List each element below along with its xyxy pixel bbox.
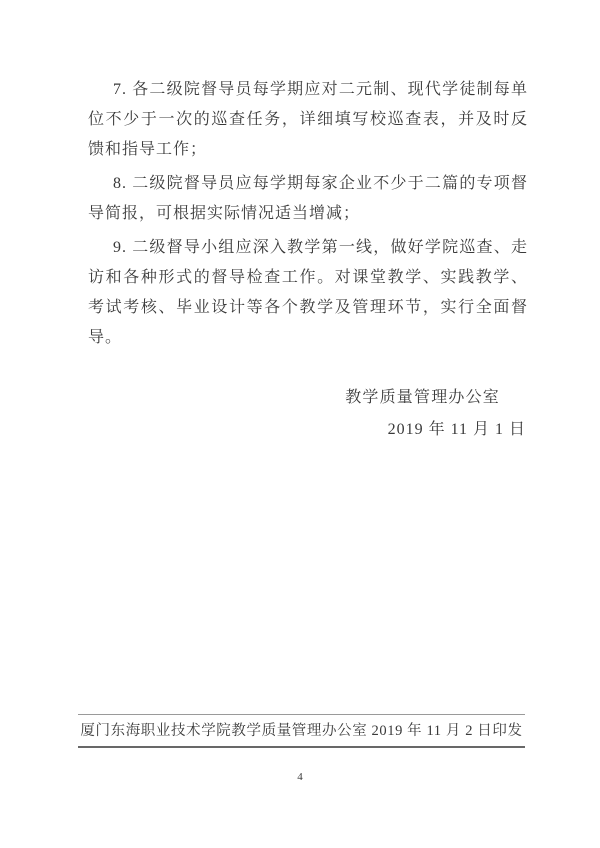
paragraph-item-7: 7. 各二级院督导员每学期应对二元制、现代学徒制每单位不少于一次的巡查任务，详细…	[88, 75, 528, 165]
document-body: 7. 各二级院督导员每学期应对二元制、现代学徒制每单位不少于一次的巡查任务，详细…	[88, 75, 528, 446]
signature-org: 教学质量管理办公室	[88, 383, 528, 413]
footer-imprint: 厦门东海职业技术学院教学质量管理办公室 2019 年 11 月 2 日印发	[78, 714, 525, 748]
document-page: 7. 各二级院督导员每学期应对二元制、现代学徒制每单位不少于一次的巡查任务，详细…	[0, 0, 600, 848]
paragraph-item-9: 9. 二级督导小组应深入教学第一线，做好学院巡查、走访和各种形式的督导检查工作。…	[88, 233, 528, 353]
signature-date: 2019 年 11 月 1 日	[88, 413, 528, 446]
page-number: 4	[0, 770, 600, 784]
paragraph-item-8: 8. 二级院督导员应每学期每家企业不少于二篇的专项督导简报，可根据实际情况适当增…	[88, 169, 528, 229]
